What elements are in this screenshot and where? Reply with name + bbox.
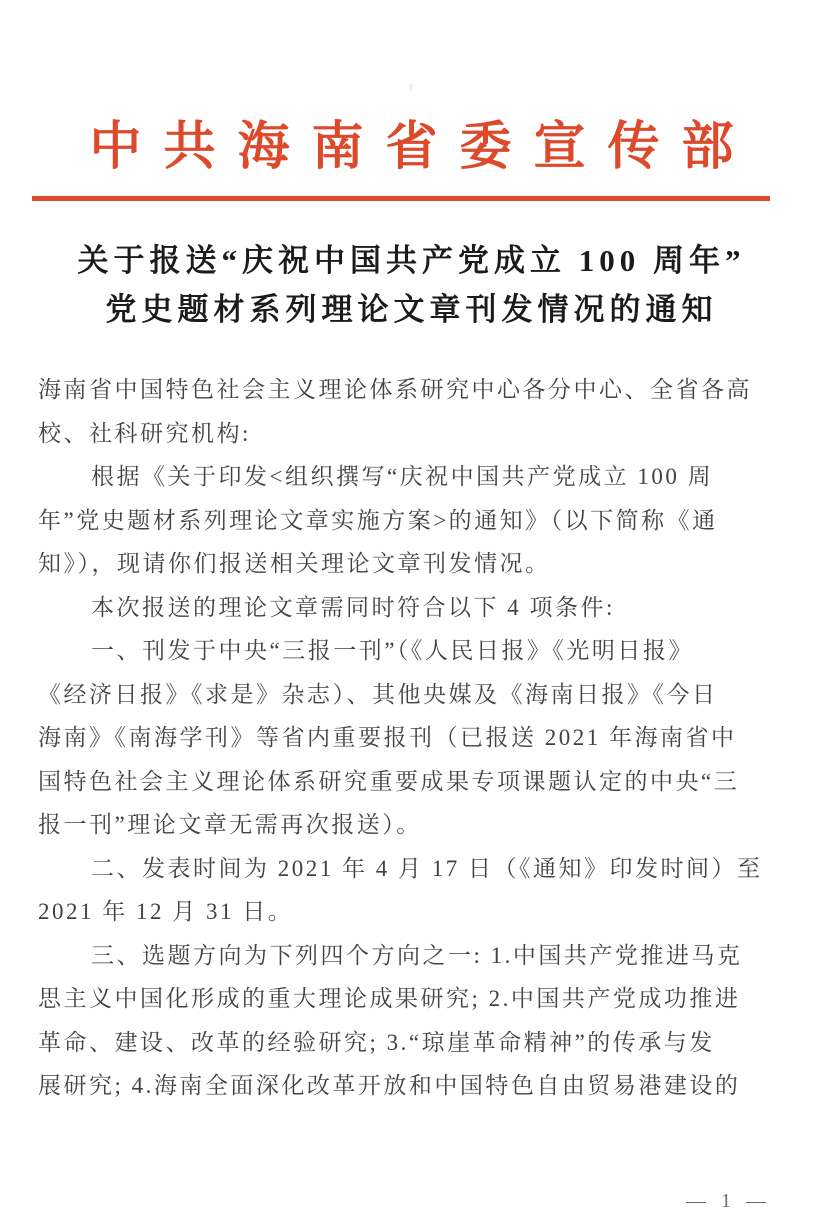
body-line: 年”党史题材系列理论文章实施方案>的通知》（以下简称《通	[38, 499, 778, 543]
body-line: 国特色社会主义理论体系研究重要成果专项课题认定的中央“三	[38, 760, 778, 804]
body-line: 本次报送的理论文章需同时符合以下 4 项条件:	[38, 586, 778, 630]
document-title-line1: 关于报送“庆祝中国共产党成立 100 周年”	[0, 236, 823, 285]
body-line: 展研究; 4.海南全面深化改革开放和中国特色自由贸易港建设的	[38, 1064, 778, 1108]
body-line: 思主义中国化形成的重大理论成果研究; 2.中国共产党成功推进	[38, 977, 778, 1021]
body-line: 一、刊发于中央“三报一刊”（《人民日报》《光明日报》	[38, 629, 778, 673]
document-page: 中共海南省委宣传部 关于报送“庆祝中国共产党成立 100 周年” 党史题材系列理…	[0, 0, 823, 1232]
letterhead-org-name: 中共海南省委宣传部	[0, 104, 823, 179]
body-line: 校、社科研究机构:	[38, 412, 778, 456]
document-title: 关于报送“庆祝中国共产党成立 100 周年” 党史题材系列理论文章刊发情况的通知	[0, 236, 823, 334]
body-line: 二、发表时间为 2021 年 4 月 17 日（《通知》印发时间）至	[38, 847, 778, 891]
body-line: 2021 年 12 月 31 日。	[38, 890, 778, 934]
scan-artifact	[409, 84, 413, 91]
page-number: — 1 —	[686, 1190, 771, 1213]
document-body: 海南省中国特色社会主义理论体系研究中心各分中心、全省各高校、社科研究机构:根据《…	[38, 368, 778, 1108]
body-line: 根据《关于印发<组织撰写“庆祝中国共产党成立 100 周	[38, 455, 778, 499]
body-line: 《经济日报》《求是》杂志）、其他央媒及《海南日报》《今日	[38, 673, 778, 717]
body-line: 海南省中国特色社会主义理论体系研究中心各分中心、全省各高	[38, 368, 778, 412]
letterhead-divider-line	[32, 196, 770, 201]
body-line: 知》），现请你们报送相关理论文章刊发情况。	[38, 542, 778, 586]
body-line: 革命、建设、改革的经验研究; 3.“琼崖革命精神”的传承与发	[38, 1021, 778, 1065]
document-title-line2: 党史题材系列理论文章刊发情况的通知	[0, 285, 823, 334]
body-line: 海南》《南海学刊》等省内重要报刊（已报送 2021 年海南省中	[38, 716, 778, 760]
body-line: 三、选题方向为下列四个方向之一: 1.中国共产党推进马克	[38, 934, 778, 978]
body-line: 报一刊”理论文章无需再次报送）。	[38, 803, 778, 847]
